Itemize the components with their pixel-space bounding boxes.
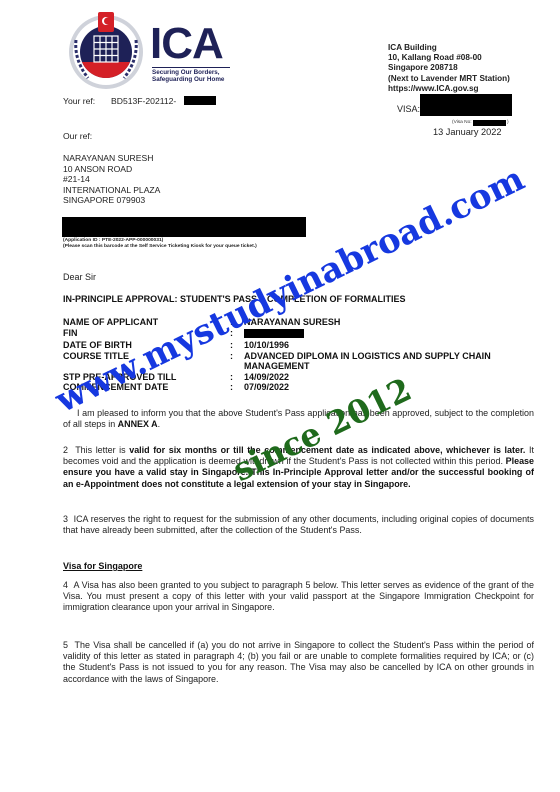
- paragraph-5: 5 The Visa shall be cancelled if (a) you…: [63, 640, 534, 685]
- ica-wordmark: ICA: [150, 22, 223, 66]
- detail-value: ADVANCED DIPLOMA IN LOGISTICS AND SUPPLY…: [244, 351, 534, 372]
- p5-text: The Visa shall be cancelled if (a) you d…: [63, 640, 534, 684]
- application-id-note: (Application ID : PTE-2022-APP-000000031…: [63, 238, 257, 249]
- address-line: ICA Building: [388, 43, 510, 53]
- annex-reference: ANNEX A: [118, 419, 158, 429]
- visa-number-close: ): [507, 120, 509, 125]
- p4-text: A Visa has also been granted to you subj…: [63, 580, 534, 612]
- recipient-line: 10 ANSON ROAD: [63, 164, 160, 175]
- detail-row-course: COURSE TITLE : ADVANCED DIPLOMA IN LOGIS…: [63, 351, 534, 372]
- paragraph-4: 4 A Visa has also been granted to you su…: [63, 580, 534, 614]
- logo-tagline: Securing Our Borders, Safeguarding Our H…: [152, 69, 224, 83]
- detail-value: NARAYANAN SURESH: [244, 317, 534, 328]
- visa-label: VISA:: [397, 104, 420, 114]
- detail-colon: :: [230, 382, 244, 393]
- fin-redaction: [244, 329, 304, 338]
- p1-end: .: [158, 419, 160, 429]
- your-ref-value: BD513F-202112-: [111, 96, 176, 106]
- detail-value: 14/09/2022: [244, 372, 534, 383]
- detail-row-stp: STP PRE-APPROVED TILL : 14/09/2022: [63, 372, 534, 383]
- paragraph-3: 3 ICA reserves the right to request for …: [63, 514, 534, 536]
- ica-crest-logo: [66, 10, 146, 90]
- detail-row-name: NAME OF APPLICANT : NARAYANAN SURESH: [63, 317, 534, 328]
- your-ref-label: Your ref:: [63, 96, 95, 106]
- detail-row-fin: FIN :: [63, 328, 534, 341]
- detail-label: COURSE TITLE: [63, 351, 230, 372]
- detail-label: COMMENCEMENT DATE: [63, 382, 230, 393]
- address-line: 10, Kallang Road #08-00: [388, 53, 510, 63]
- detail-label: NAME OF APPLICANT: [63, 317, 230, 328]
- recipient-line: #21-14: [63, 174, 160, 185]
- detail-label: DATE OF BIRTH: [63, 340, 230, 351]
- recipient-address: NARAYANAN SURESH 10 ANSON ROAD #21-14 IN…: [63, 153, 160, 206]
- our-ref-label: Our ref:: [63, 131, 92, 141]
- visa-section-heading: Visa for Singapore: [63, 561, 142, 571]
- p2-number: 2: [63, 445, 68, 455]
- detail-colon: :: [230, 372, 244, 383]
- website-link[interactable]: https://www.ICA.gov.sg: [388, 84, 510, 94]
- applicant-details: NAME OF APPLICANT : NARAYANAN SURESH FIN…: [63, 317, 534, 393]
- recipient-line: NARAYANAN SURESH: [63, 153, 160, 164]
- detail-colon: :: [230, 317, 244, 328]
- detail-row-dob: DATE OF BIRTH : 10/10/1996: [63, 340, 534, 351]
- logo-divider: [152, 67, 230, 68]
- address-line: (Next to Lavender MRT Station): [388, 74, 510, 84]
- detail-label: FIN: [63, 328, 230, 341]
- detail-colon: :: [230, 340, 244, 351]
- letter-date: 13 January 2022: [433, 127, 501, 137]
- p3-number: 3: [63, 514, 68, 524]
- tagline-line-2: Safeguarding Our Home: [152, 76, 224, 83]
- detail-label: STP PRE-APPROVED TILL: [63, 372, 230, 383]
- p4-number: 4: [63, 580, 68, 590]
- detail-value: [244, 328, 534, 341]
- detail-value: 10/10/1996: [244, 340, 534, 351]
- paragraph-1: I am pleased to inform you that the abov…: [63, 408, 534, 430]
- visa-number-label: (Visa No:: [452, 120, 472, 125]
- visa-redaction: [420, 94, 512, 116]
- your-ref-redaction: [184, 96, 216, 105]
- detail-colon: :: [230, 328, 244, 341]
- detail-value: 07/09/2022: [244, 382, 534, 393]
- tagline-line-1: Securing Our Borders,: [152, 69, 224, 76]
- paragraph-2: 2 This letter is valid for six months or…: [63, 445, 534, 490]
- p2-text: This letter is: [75, 445, 129, 455]
- barcode-redaction: [62, 217, 306, 237]
- barcode-instruction: (Please scan this barcode at the Self Se…: [63, 244, 257, 250]
- recipient-line: INTERNATIONAL PLAZA: [63, 185, 160, 196]
- letter-subject: IN-PRINCIPLE APPROVAL: STUDENT'S PASS – …: [63, 294, 406, 304]
- detail-row-commencement: COMMENCEMENT DATE : 07/09/2022: [63, 382, 534, 393]
- ica-address: ICA Building 10, Kallang Road #08-00 Sin…: [388, 43, 510, 94]
- recipient-line: SINGAPORE 079903: [63, 195, 160, 206]
- detail-colon: :: [230, 351, 244, 372]
- p5-number: 5: [63, 640, 68, 650]
- salutation: Dear Sir: [63, 272, 96, 282]
- visa-number-redaction: [473, 120, 506, 126]
- p2-validity: valid for six months or till the commenc…: [129, 445, 525, 455]
- p3-text: ICA reserves the right to request for th…: [63, 514, 534, 535]
- address-line: Singapore 208718: [388, 63, 510, 73]
